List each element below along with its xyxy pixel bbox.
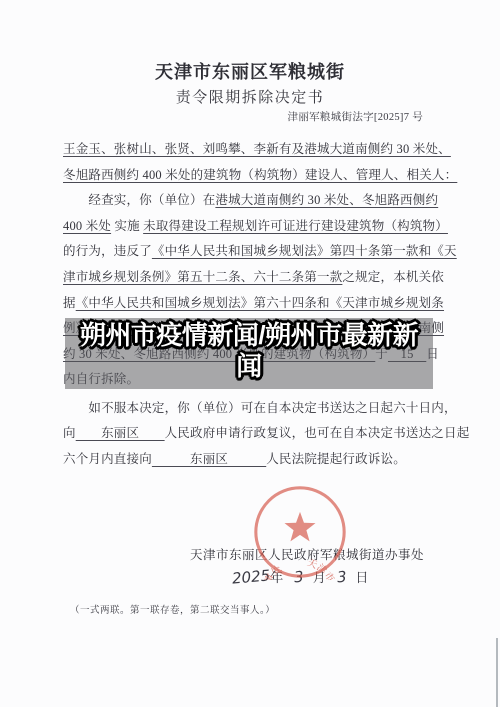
text-segment: 人民法院提起行政诉讼。 <box>266 452 406 466</box>
text-segment: 人民政府申请行政复议，也可在自本决定书送达之日起 <box>165 426 470 440</box>
document-text-line: 如不服本决定，你（单位）可在自本决定书送达之日起六十日内， <box>63 396 437 421</box>
document-text-line: 400 米处 实施 未取得建设工程规划许可证进行建设建筑物（构筑物） <box>63 214 437 240</box>
document-text-line: 津市城乡规划条例》第五十二条、六十二条第一款之规定，本机关依 <box>63 265 437 291</box>
underlined-text-segment: 《中华人民共和国城乡规划法》第六十四条和《天津市城乡规划条 <box>76 296 444 310</box>
document-text-line: 经查实，你（单位）在港城大道南侧约 30 米处、冬旭路西侧约 <box>63 188 437 214</box>
scanned-document-page: 天津市东丽区军粮城街 责令限期拆除决定书 津丽军粮城街法字[2025]7 号 王… <box>0 0 500 707</box>
text-segment: 向 <box>63 426 76 440</box>
underlined-text-segment: 400 米处 <box>63 219 111 233</box>
document-subtitle: 责令限期拆除决定书 <box>0 86 500 107</box>
text-segment: 实施 <box>111 219 143 233</box>
document-number: 津丽军粮城街法字[2025]7 号 <box>0 109 423 124</box>
underlined-text-segment: 未取得建设工程规划许可证进行建设建筑物（构筑物） <box>143 219 448 233</box>
seal-star-icon <box>284 512 315 542</box>
document-text-line: 向 东丽区 人民政府申请行政复议，也可在自本决定书送达之日起 <box>63 421 437 446</box>
text-segment: 之规定，本机关依 <box>342 270 444 284</box>
text-segment: 如不服本决定，你（单位）可在自本决定书送达之日起六十日内， <box>63 401 457 415</box>
text-segment: 六个月内直接向 <box>63 452 152 466</box>
document-text-line: 据《中华人民共和国城乡规划法》第六十四条和《天津市城乡规划条 <box>63 291 437 317</box>
watermark-title: 朔州市疫情新闻/朔州市最新新 闻 <box>61 318 437 389</box>
document-text-line: 冬旭路西侧约 400 米处的建筑物（构筑物）建设人、管理人、相关人： <box>63 163 437 189</box>
scan-edge-artifact <box>496 638 498 707</box>
footer-note: （一式两联。第一联存卷，第二联交当事人。） <box>70 602 275 616</box>
underlined-text-segment: 王金玉、张树山、张贤、刘鸣攀、李新有及港城大道南侧约 30 米处、 <box>63 142 451 156</box>
text-segment: 经查实，你（单位）在 <box>63 193 215 207</box>
date-day-label: 日 <box>355 567 368 586</box>
official-seal: 天津市东丽区人民政府军粮城街道办事处 <box>252 484 348 580</box>
underlined-text-segment: 东丽区 <box>76 426 165 440</box>
underlined-text-segment: 冬旭路西侧约 400 米处的建筑物（构筑物）建设人、管理人、相关人： <box>63 168 457 182</box>
watermark-title-line2: 闻 <box>61 351 437 382</box>
text-segment: 据 <box>63 296 76 310</box>
document-text-line: 六个月内直接向 东丽区 人民法院提起行政诉讼。 <box>63 447 437 472</box>
underlined-text-segment: 《中华人民共和国城乡规划法》第四十条第一款和《天 <box>152 244 457 258</box>
document-text-line: 的行为，违反了《中华人民共和国城乡规划法》第四十条第一款和《天 <box>63 239 437 265</box>
underlined-text-segment: 港城大道南侧约 30 米处、冬旭路西侧约 <box>215 193 438 207</box>
underlined-text-segment: 东丽区 <box>152 452 266 466</box>
document-body-paragraph-2: 如不服本决定，你（单位）可在自本决定书送达之日起六十日内，向 东丽区 人民政府申… <box>63 396 437 472</box>
document-text-line: 王金玉、张树山、张贤、刘鸣攀、李新有及港城大道南侧约 30 米处、 <box>63 137 437 163</box>
underlined-text-segment: 津市城乡规划条例》第五十二条、六十二条第一款 <box>63 270 342 284</box>
watermark-title-line1: 朔州市疫情新闻/朔州市最新新 <box>61 320 437 351</box>
document-title: 天津市东丽区军粮城街 <box>0 58 500 84</box>
text-segment: 的行为，违反了 <box>63 244 152 258</box>
